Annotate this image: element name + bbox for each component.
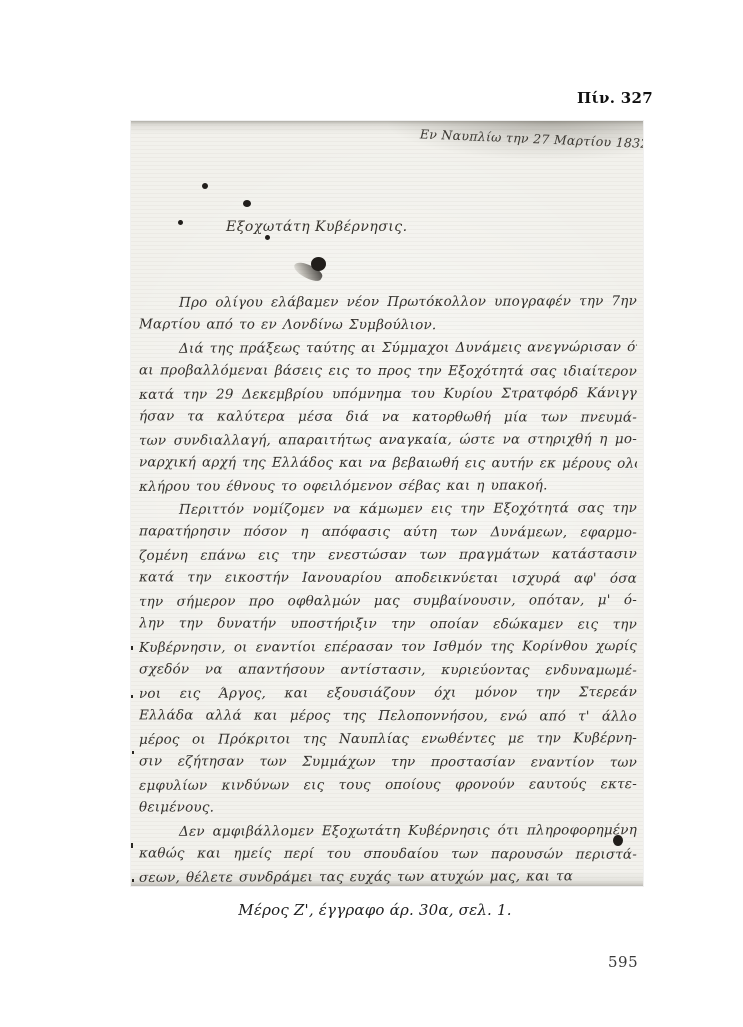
handwritten-line: Κυβέρνησιν, οι εναντίοι επέρασαν τον Ισθ… bbox=[139, 635, 637, 660]
figure-caption: Μέρος Ζ', έγγραφο άρ. 30α, σελ. 1. bbox=[119, 901, 631, 919]
letter-salutation: Εξοχωτάτη Κυβέρνησις. bbox=[226, 219, 408, 235]
handwritten-line: κλήρου του έθνους το οφειλόμενον σέβας κ… bbox=[139, 474, 637, 499]
edge-speck bbox=[132, 879, 134, 882]
paragraph: Δεν αμφιβάλλομεν Εξοχωτάτη Κυβέρνησις ότ… bbox=[139, 820, 637, 886]
plate-label: Πίν. 327 bbox=[577, 89, 653, 107]
handwritten-line: παρατήρησιν πόσον η απόφασις αύτη των Δυ… bbox=[139, 520, 637, 544]
handwritten-line: Προ ολίγου ελάβαμεν νέον Πρωτόκολλον υπο… bbox=[139, 290, 637, 315]
ink-blot bbox=[265, 235, 270, 240]
edge-speck bbox=[131, 843, 133, 848]
handwritten-line: αι προβαλλόμεναι βάσεις εις το προς την … bbox=[139, 359, 637, 383]
handwritten-line: σιν εζήτησαν των Συμμάχων την προστασίαν… bbox=[139, 750, 637, 774]
ink-blot bbox=[311, 257, 326, 271]
handwritten-line: καθώς και ημείς περί του σπουδαίου των π… bbox=[139, 842, 637, 866]
edge-speck bbox=[131, 646, 133, 650]
handwritten-line: σχεδόν να απαντήσουν αντίστασιν, κυριεύο… bbox=[139, 658, 637, 682]
handwritten-line: Ελλάδα αλλά και μέρος της Πελοποννήσου, … bbox=[139, 704, 637, 728]
handwritten-line: ναρχική αρχή της Ελλάδος και να βεβαιωθή… bbox=[139, 451, 637, 475]
handwritten-line: λην την δυνατήν υποστήριξιν την οποίαν ε… bbox=[139, 612, 637, 636]
edge-speck bbox=[132, 751, 134, 754]
paragraph: Προ ολίγου ελάβαμεν νέον Πρωτόκολλον υπο… bbox=[139, 291, 637, 337]
handwritten-line: κατά την εικοστήν Ιανουαρίου αποδεικνύετ… bbox=[139, 566, 637, 590]
handwritten-line: Δεν αμφιβάλλομεν Εξοχωτάτη Κυβέρνησις ότ… bbox=[139, 819, 637, 844]
handwritten-line: σεων, θέλετε συνδράμει τας ευχάς των ατυ… bbox=[139, 865, 637, 886]
letter-body: Προ ολίγου ελάβαμεν νέον Πρωτόκολλον υπο… bbox=[139, 291, 637, 886]
scanned-letter: Εν Ναυπλίω την 27 Μαρτίου 1832 Εξοχωτάτη… bbox=[131, 121, 643, 886]
handwritten-line: Περιττόν νομίζομεν να κάμωμεν εις την Εξ… bbox=[139, 497, 637, 522]
page-number: 595 bbox=[608, 953, 638, 971]
handwritten-line: ήσαν τα καλύτερα μέσα διά να κατορθωθή μ… bbox=[139, 405, 637, 429]
handwritten-line: των συνδιαλλαγή, απαραιτήτως αναγκαία, ώ… bbox=[139, 428, 637, 453]
edge-speck bbox=[131, 695, 133, 698]
ink-blot bbox=[243, 200, 251, 207]
handwritten-line: Μαρτίου από το εν Λονδίνω Συμβούλιον. bbox=[139, 313, 637, 337]
handwritten-line: ζομένη επάνω εις την ενεστώσαν των πραγμ… bbox=[139, 543, 637, 568]
letter-dateline: Εν Ναυπλίω την 27 Μαρτίου 1832 bbox=[420, 126, 643, 151]
handwritten-line: κατά την 29 Δεκεμβρίου υπόμνημα του Κυρί… bbox=[139, 382, 637, 407]
handwritten-line: μέρος οι Πρόκριτοι της Ναυπλίας ενωθέντε… bbox=[139, 727, 637, 752]
ink-blot bbox=[202, 183, 208, 189]
handwritten-line: θειμένους. bbox=[139, 796, 637, 820]
handwritten-line: εμφυλίων κινδύνων εις τους οποίους φρονο… bbox=[139, 773, 637, 798]
paragraph: Περιττόν νομίζομεν να κάμωμεν εις την Εξ… bbox=[139, 498, 637, 820]
handwritten-line: την σήμερον προ οφθαλμών μας συμβαίνουσι… bbox=[139, 589, 637, 614]
handwritten-line: Διά της πράξεως ταύτης αι Σύμμαχοι Δυνάμ… bbox=[139, 336, 637, 361]
paragraph: Διά της πράξεως ταύτης αι Σύμμαχοι Δυνάμ… bbox=[139, 337, 637, 498]
ink-blot bbox=[178, 220, 183, 225]
handwritten-line: νοι εις Άργος, και εξουσιάζουν όχι μόνον… bbox=[139, 681, 637, 706]
ink-blot bbox=[613, 835, 623, 846]
